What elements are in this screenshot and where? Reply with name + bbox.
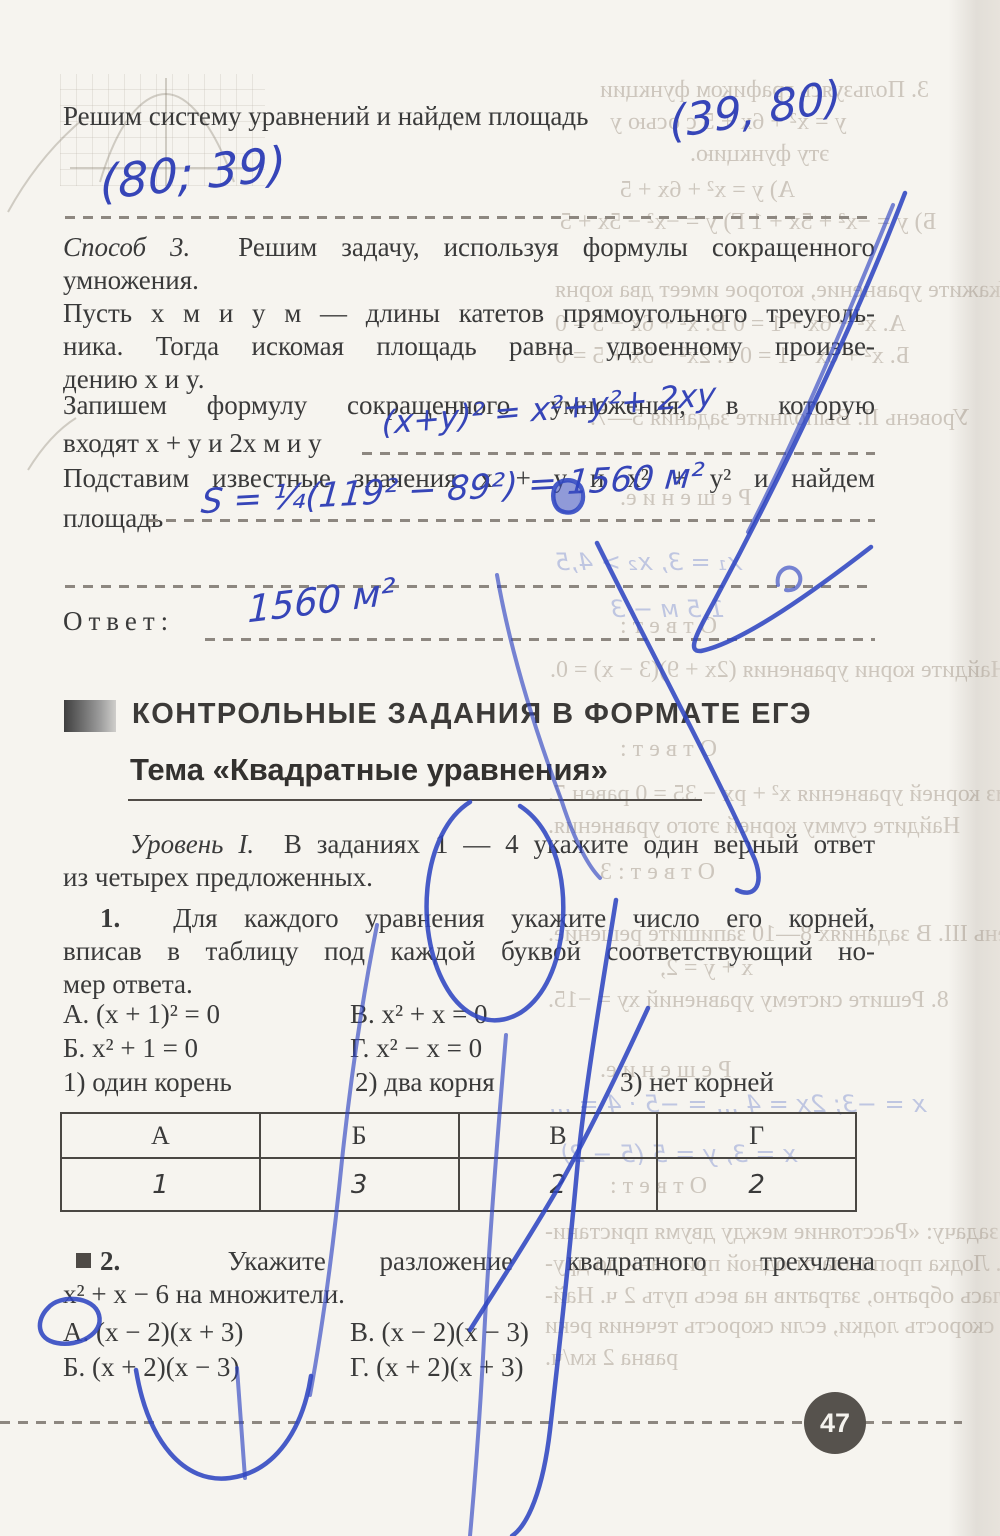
- task1-text: Для каждого уравнения укажите число его …: [173, 903, 875, 933]
- pen-stroke: [470, 1035, 506, 1536]
- page-number-badge: 47: [804, 1392, 866, 1454]
- task1-choice-1: 1) один корень: [63, 1066, 232, 1099]
- task1-line1: 1. Для каждого уравнения укажите число е…: [100, 902, 875, 935]
- pen-stroke: [136, 1370, 311, 1479]
- body-line2: ника. Тогда искомая площадь равна удвоен…: [63, 330, 875, 363]
- table-header-a: А: [61, 1113, 260, 1158]
- bleed-text: равна 2 км/ч.: [545, 1344, 678, 1372]
- task1-option-a: А. (x + 1)² = 0: [63, 998, 220, 1031]
- answer-label: Ответ:: [63, 605, 174, 638]
- theme-underline: [128, 799, 702, 801]
- body-line1: Пусть x м и y м — длины катетов прямоуго…: [63, 297, 875, 330]
- task1-choice-2: 2) два корня: [355, 1066, 495, 1099]
- task1-option-b: Б. x² + 1 = 0: [63, 1032, 198, 1065]
- bleed-text: гой и вернулась обратно, затратив на вес…: [545, 1282, 1000, 1310]
- task1-option-v: В. x² + x = 0: [350, 998, 488, 1031]
- method3-text: Решим задачу, используя формулы сокращен…: [238, 232, 875, 262]
- level-line2: из четырех предложенных.: [63, 861, 373, 894]
- bleed-text: собственную скорость лодки, если скорост…: [545, 1312, 1000, 1340]
- task2-option-b: Б. (x + 2)(x − 3): [63, 1351, 239, 1384]
- task1-choice-3: 3) нет корней: [620, 1066, 774, 1099]
- enter-line: входят x + y и 2x м и y: [63, 427, 322, 460]
- table-answer-cell[interactable]: 2: [459, 1158, 658, 1211]
- bleed-text: А) у = х² + 6х + 5: [620, 176, 795, 204]
- bleed-text: эту функцию.: [690, 140, 830, 168]
- ruled-line: [205, 638, 875, 641]
- solution-intro: Решим систему уравнений и найдем площадь: [63, 100, 588, 133]
- bleed-text: О т в е т :: [620, 612, 717, 640]
- method3-line2: умножения.: [63, 264, 199, 297]
- task1-line2: вписав в таблицу под каждой буквой соотв…: [63, 935, 875, 968]
- method3-line1: Способ 3. Решим задачу, используя формул…: [63, 231, 875, 264]
- bleed-text: 9. Решите задачу: «Расстояние между двум…: [545, 1218, 1000, 1246]
- method3-label: Способ 3.: [63, 232, 190, 262]
- table-header-v: В: [459, 1113, 658, 1158]
- page-edge-shadow: [948, 0, 1000, 1536]
- task1-option-g: Г. x² − x = 0: [350, 1032, 482, 1065]
- section-header-block: [64, 700, 116, 732]
- task2-option-v: В. (x − 2)(x − 3): [350, 1316, 529, 1349]
- level-line1: Уровень I. В заданиях 1 — 4 укажите один…: [130, 828, 875, 861]
- section-header-title: КОНТРОЛЬНЫЕ ЗАДАНИЯ В ФОРМАТЕ ЕГЭ: [132, 698, 812, 731]
- hand-formula: (x+y)² = x²+y²+ 2xy: [381, 375, 717, 443]
- task2-number: 2.: [100, 1246, 120, 1276]
- bleed-text: 6. Найдите корни уравнения (2х + 9)(3 − …: [550, 656, 1000, 684]
- task2-option-a: А. (x − 2)(x + 3): [63, 1316, 243, 1349]
- task2-line2: x² + x − 6 на множители.: [63, 1278, 345, 1311]
- table-answer-cell[interactable]: 2: [657, 1158, 856, 1211]
- answers-table: А Б В Г 1 3 2 2: [60, 1112, 857, 1212]
- table-answer-cell[interactable]: 1: [61, 1158, 260, 1211]
- page-number: 47: [820, 1408, 850, 1439]
- bleed-text: 8. Решите систему уравнений ху = −15.: [548, 986, 949, 1014]
- ruled-line: [65, 585, 875, 588]
- task2-bullet: [76, 1253, 91, 1268]
- ruled-line: [362, 452, 875, 455]
- ruled-line: [148, 519, 875, 522]
- bleed-text: 7. Один из корней уравнения х² + рх − 35…: [548, 780, 1000, 808]
- task1-line3: мер ответа.: [63, 968, 193, 1001]
- task2-text: Укажите разложение квадратного трехчлена: [228, 1246, 875, 1276]
- table-header-g: Г: [657, 1113, 856, 1158]
- task1-number: 1.: [100, 903, 120, 933]
- bleed-text: О т в е т :: [620, 735, 717, 763]
- bleed-text: О т в е т : 3: [600, 858, 715, 886]
- table-header-b: Б: [260, 1113, 459, 1158]
- hand-answer: 1560 м²: [247, 570, 395, 632]
- task2-option-g: Г. (x + 2)(x + 3): [350, 1351, 523, 1384]
- bleed-handwriting: х₁ = 3, х₂ > 4,5: [555, 548, 742, 576]
- workbook-page: 3. Пользуясь графиком функции у = х² + 6…: [0, 0, 1000, 1536]
- table-answer-cell[interactable]: 3: [260, 1158, 459, 1211]
- level-label: Уровень I.: [130, 829, 254, 859]
- task2-line1: 2. Укажите разложение квадратного трехчл…: [100, 1245, 875, 1278]
- ruled-line: [65, 216, 875, 219]
- theme-title: Тема «Квадратные уравнения»: [130, 752, 608, 788]
- level-text: В заданиях 1 — 4 укажите один верный отв…: [284, 829, 875, 859]
